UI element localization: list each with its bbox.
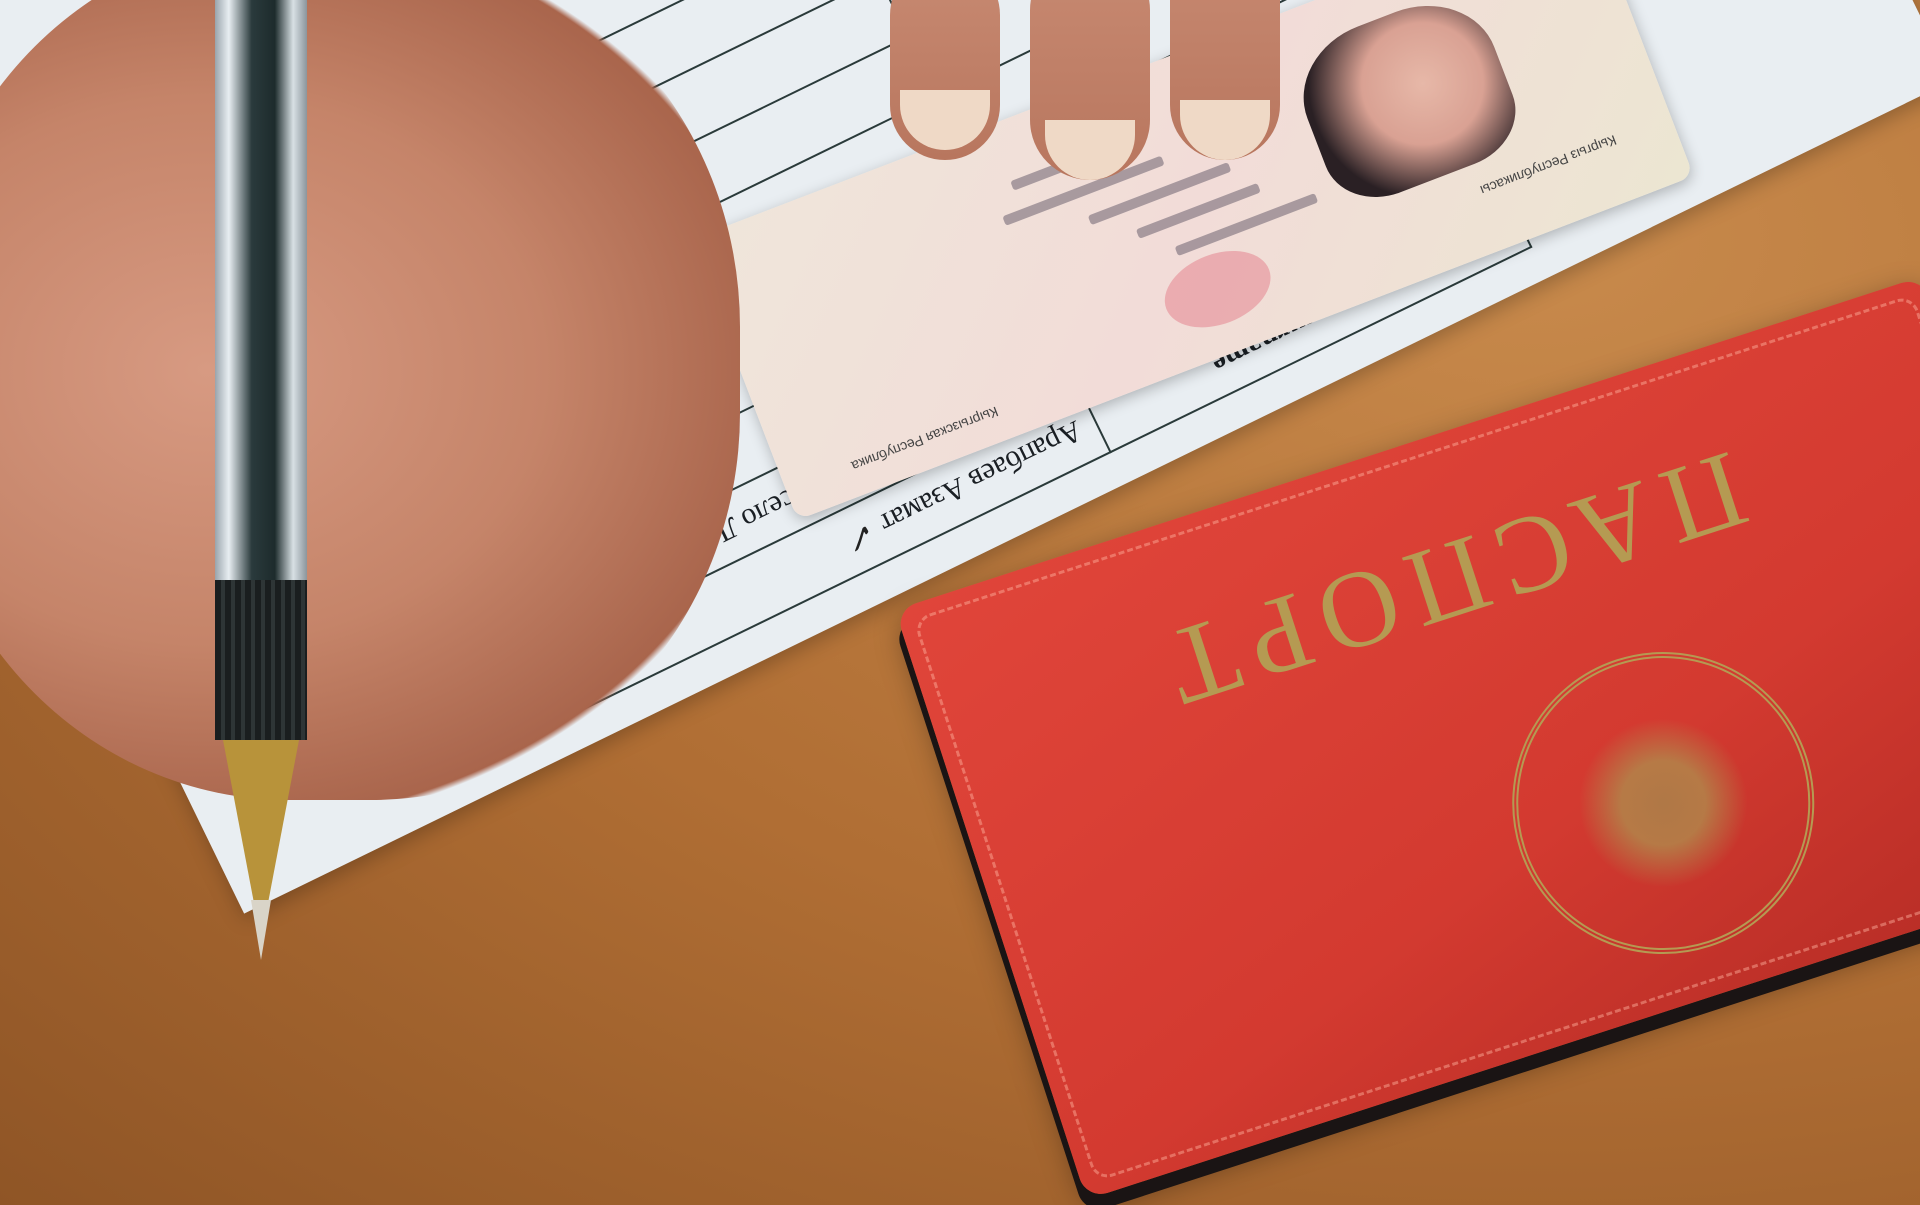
pen-barrel (215, 0, 307, 580)
signature: ✓ (842, 513, 884, 559)
ballpoint-pen (215, 0, 307, 980)
pen-grip (215, 580, 307, 740)
writing-hand (0, 0, 740, 800)
stamp-icon (1154, 237, 1282, 342)
fingernail (1180, 100, 1270, 160)
id-text-line (1175, 193, 1319, 256)
hand-fingers-top (880, 0, 1400, 180)
